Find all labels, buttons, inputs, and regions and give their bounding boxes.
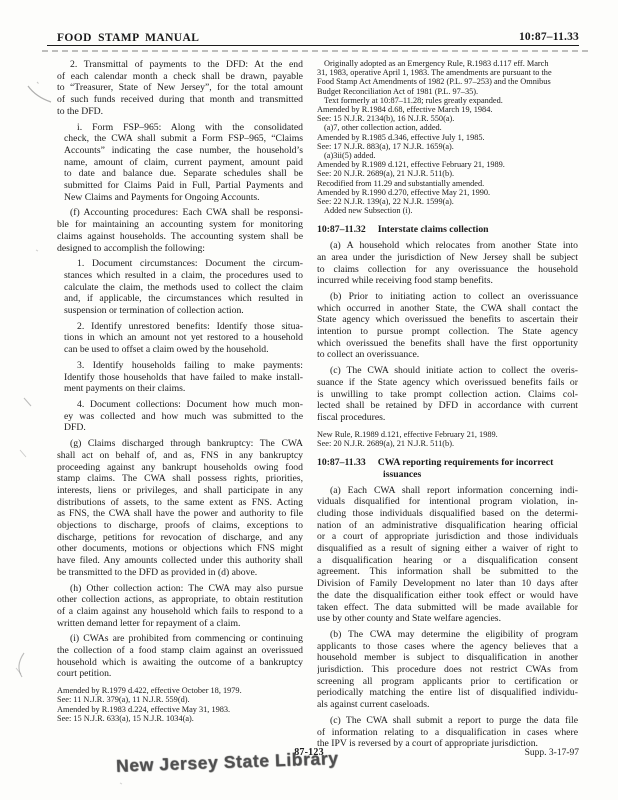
- text-line: (b) The CWA may determine the eligibilit…: [317, 629, 578, 641]
- text-line: 2. Transmittal of payments to the DFD: A…: [57, 59, 303, 71]
- text-line: (h) Other collection action: The CWA may…: [57, 583, 303, 595]
- text-line: which occurred in another State, the CWA…: [317, 303, 578, 315]
- paragraph: (c) The CWA should initiate action to co…: [317, 365, 578, 424]
- text-line: (g) Claims discharged through bankruptcy…: [57, 438, 303, 450]
- document-page: FOOD STAMP MANUAL 10:87–11.33 2. Transmi…: [0, 0, 618, 800]
- text-line: DFD.: [64, 422, 303, 434]
- text-line: jurisdiction. This procedure does not re…: [317, 664, 578, 676]
- text-line: an area under the jurisdiction of New Je…: [317, 252, 578, 264]
- paragraph: 1. Document circumstances: Document the …: [57, 258, 303, 317]
- text-line: Amended by R.1990 d.270, effective May 2…: [317, 188, 578, 197]
- text-line: is unwilling to take prompt collection a…: [317, 389, 578, 401]
- section-title-continued: issuances: [317, 469, 578, 481]
- section-title: CWA reporting requirements for incorrect: [378, 457, 554, 468]
- paragraph: (i) CWAs are prohibited from commencing …: [57, 633, 303, 680]
- paragraph: 2. Identify unrestored benefits: Identif…: [57, 321, 303, 356]
- paragraph: (b) The CWA may determine the eligibilit…: [317, 629, 578, 711]
- text-line: lected shall be retained by DFD in accor…: [317, 400, 578, 412]
- text-line: Amended by R.1984 d.68, effective March …: [317, 105, 578, 114]
- text-line: tions in which an amount not yet restore…: [64, 332, 303, 344]
- text-line: 2. Identify unrestored benefits: Identif…: [64, 321, 303, 333]
- text-line: Text formerly at 10:87–11.28; rules grea…: [317, 96, 578, 105]
- section-title: Interstate claims collection: [378, 224, 489, 235]
- text-line: the date the disqualification either too…: [317, 590, 578, 602]
- text-line: submitted for Claims Paid in Full, Parti…: [64, 180, 303, 192]
- text-line: i. Form FSP–965: Along with the consolid…: [64, 122, 303, 134]
- text-line: (a)3ii(5) added.: [317, 151, 578, 160]
- text-line: nation of an administrative disqualifica…: [317, 520, 578, 532]
- text-line: Originally adopted as an Emergency Rule,…: [317, 59, 578, 68]
- text-line: proceeding against any bankrupt househol…: [57, 462, 303, 474]
- text-line: other collection actions, as appropriate…: [57, 594, 303, 606]
- text-line: interests, liens or privileges, and shal…: [57, 485, 303, 497]
- text-line: household member is subject to disqualif…: [317, 652, 578, 664]
- text-line: applicants to those cases where the agen…: [317, 641, 578, 653]
- text-line: See: 22 N.J.R. 139(a), 22 N.J.R. 1599(a)…: [317, 197, 578, 206]
- text-line: to claims collection for any overissuanc…: [317, 264, 578, 276]
- text-line: of such funds received during that month…: [57, 94, 303, 106]
- text-line: (f) Accounting procedures: Each CWA shal…: [57, 207, 303, 219]
- text-line: Accounts” indicating the case number, th…: [64, 145, 303, 157]
- text-line: screening all program applicants prior t…: [317, 676, 578, 688]
- text-line: the collection of a food stamp claim aga…: [57, 645, 303, 657]
- text-line: court petition.: [57, 668, 303, 680]
- text-line: disqualified as a result of signing eith…: [317, 543, 578, 555]
- text-line: See: 20 N.J.R. 2689(a), 21 N.J.R. 511(b)…: [317, 169, 578, 178]
- history-note: New Rule, R.1989 d.121, effective Februa…: [317, 430, 578, 448]
- text-line: 31, 1983, operative April 1, 1983. The a…: [317, 68, 578, 77]
- section-number: 10:87–11.33: [317, 457, 366, 468]
- text-line: Amended by R.1989 d.121, effective Febru…: [317, 160, 578, 169]
- header-section-number: 10:87–11.33: [519, 31, 579, 43]
- text-line: See: 11 N.J.R. 379(a), 11 N.J.R. 559(d).: [57, 695, 303, 704]
- paragraph: 3. Identify households failing to make p…: [57, 360, 303, 395]
- section-heading: 10:87–11.32Interstate claims collection: [317, 224, 578, 236]
- header-scan-dashline: [42, 50, 588, 52]
- text-line: be transmitted to the DFD as provided in…: [57, 567, 303, 579]
- text-line: intention to pursue prompt collection. T…: [317, 326, 578, 338]
- text-line: to “Treasurer, State of New Jersey”, for…: [57, 82, 303, 94]
- text-line: periodically matching the entire list of…: [317, 687, 578, 699]
- text-line: (c) The CWA shall submit a report to pur…: [317, 715, 578, 727]
- text-line: objections to discharge, proofs of claim…: [57, 520, 303, 532]
- text-line: written demand letter for repayment of a…: [57, 618, 303, 630]
- history-note: Amended by R.1979 d.422, effective Octob…: [57, 686, 303, 723]
- text-line: and, if applicable, the circumstances wh…: [64, 293, 303, 305]
- text-line: have filed. Any amounts collected under …: [57, 555, 303, 567]
- text-line: See: 20 N.J.R. 2689(a), 21 N.J.R. 511(b)…: [317, 439, 578, 448]
- text-line: (c) The CWA should initiate action to co…: [317, 365, 578, 377]
- section-number: 10:87–11.32: [317, 224, 366, 235]
- text-line: Recodified from 11.29 and substantially …: [317, 179, 578, 188]
- paragraph: i. Form FSP–965: Along with the consolid…: [57, 122, 303, 204]
- text-line: cluding those individuals disqualified b…: [317, 508, 578, 520]
- text-line: of each calendar month a check shall be …: [57, 71, 303, 83]
- paragraph: (a) A household which relocates from ano…: [317, 240, 578, 287]
- text-line: stamp claims. The CWA shall possess righ…: [57, 473, 303, 485]
- text-line: New Claims and Payments for Ongoing Acco…: [64, 192, 303, 204]
- text-line: New Rule, R.1989 d.121, effective Februa…: [317, 430, 578, 439]
- paragraph: 4. Document collections: Document how mu…: [57, 399, 303, 434]
- text-line: use by other county and State welfare ag…: [317, 613, 578, 625]
- text-line: Amended by R.1983 d.224, effective May 3…: [57, 705, 303, 714]
- text-line: can be used to offset a claim owed by th…: [64, 344, 303, 356]
- paragraph: (f) Accounting procedures: Each CWA shal…: [57, 207, 303, 254]
- text-line: to date and balance due. Separate schedu…: [64, 168, 303, 180]
- text-line: suspension or termination of collection …: [64, 305, 303, 317]
- text-line: calculate the claim, the methods used to…: [64, 282, 303, 294]
- text-line: shall act on behalf of, and as, FNS in a…: [57, 450, 303, 462]
- text-line: ment payments on their claims.: [64, 383, 303, 395]
- supplement-date: Supp. 3-17-97: [525, 748, 579, 758]
- text-line: household which is awaiting the outcome …: [57, 657, 303, 669]
- paragraph: 2. Transmittal of payments to the DFD: A…: [57, 59, 303, 118]
- text-line: (b) Prior to initiating action to collec…: [317, 291, 578, 303]
- text-line: agreement. This information shall be sub…: [317, 566, 578, 578]
- text-line: which overissued the benefits shall have…: [317, 338, 578, 350]
- text-line: distributions of assets, to the same ext…: [57, 497, 303, 509]
- paragraph: (b) Prior to initiating action to collec…: [317, 291, 578, 361]
- paragraph: (h) Other collection action: The CWA may…: [57, 583, 303, 630]
- text-line: name, amount of claim, current payment, …: [64, 157, 303, 169]
- column-left: 2. Transmittal of payments to the DFD: A…: [57, 59, 303, 723]
- text-line: of information relating to a disqualific…: [317, 727, 578, 739]
- text-line: ey was collected and how much was submit…: [64, 411, 303, 423]
- text-line: (a)7, other collection action, added.: [317, 123, 578, 132]
- text-line: (a) A household which relocates from ano…: [317, 240, 578, 252]
- text-line: 4. Document collections: Document how mu…: [64, 399, 303, 411]
- section-heading: 10:87–11.33CWA reporting requirements fo…: [317, 457, 578, 480]
- text-line: as FNS, the CWA shall have the power and…: [57, 508, 303, 520]
- manual-title: FOOD STAMP MANUAL: [57, 32, 199, 44]
- text-line: discharge, petitions for revocation of d…: [57, 532, 303, 544]
- text-line: stances which resulted in a claim, the p…: [64, 270, 303, 282]
- text-line: (i) CWAs are prohibited from commencing …: [57, 633, 303, 645]
- text-line: See: 15 N.J.R. 633(a), 15 N.J.R. 1034(a)…: [57, 714, 303, 723]
- text-line: See: 17 N.J.R. 883(a), 17 N.J.R. 1659(a)…: [317, 142, 578, 151]
- text-line: 1. Document circumstances: Document the …: [64, 258, 303, 270]
- text-line: to the DFD.: [57, 106, 303, 118]
- text-line: check, the CWA shall submit a Form FSP–9…: [64, 133, 303, 145]
- text-line: suance if the State agency which overiss…: [317, 377, 578, 389]
- text-line: taken effect. The data submitted will be…: [317, 602, 578, 614]
- text-line: incurred while receiving food stamp bene…: [317, 275, 578, 287]
- history-note: Originally adopted as an Emergency Rule,…: [317, 59, 578, 215]
- paragraph: (a) Each CWA shall report information co…: [317, 485, 578, 625]
- text-line: claims against households. The accountin…: [57, 231, 303, 243]
- text-line: other documents, motions or objections w…: [57, 543, 303, 555]
- text-line: (a) Each CWA shall report information co…: [317, 485, 578, 497]
- header-rule: [47, 45, 579, 46]
- section-heading-line: 10:87–11.33CWA reporting requirements fo…: [317, 457, 578, 469]
- text-line: viduals disqualified for intentional pro…: [317, 496, 578, 508]
- text-line: Food Stamp Act Amendments of 1982 (P.L. …: [317, 77, 578, 86]
- section-heading-line: 10:87–11.32Interstate claims collection: [317, 224, 578, 236]
- text-line: ble for maintaining an accounting system…: [57, 219, 303, 231]
- text-line: of a claim against any household which f…: [57, 606, 303, 618]
- text-line: Added new Subsection (i).: [317, 206, 578, 215]
- paragraph: (g) Claims discharged through bankruptcy…: [57, 438, 303, 578]
- text-line: a disqualification hearing or a disquali…: [317, 555, 578, 567]
- column-right: Originally adopted as an Emergency Rule,…: [317, 59, 578, 750]
- text-line: fiscal procedures.: [317, 412, 578, 424]
- text-line: als against current caseloads.: [317, 699, 578, 711]
- text-line: Identify those households that have fail…: [64, 372, 303, 384]
- text-line: 3. Identify households failing to make p…: [64, 360, 303, 372]
- paragraph: (c) The CWA shall submit a report to pur…: [317, 715, 578, 750]
- text-line: Amended by R.1985 d.346, effective July …: [317, 133, 578, 142]
- text-line: Budget Reconciliation Act of 1981 (P.L. …: [317, 87, 578, 96]
- text-line: See: 15 N.J.R. 2134(b), 16 N.J.R. 550(a)…: [317, 114, 578, 123]
- text-line: to collect an overissuance.: [317, 349, 578, 361]
- text-line: State agency which overissued the benefi…: [317, 314, 578, 326]
- text-line: or a court of appropriate jurisdiction a…: [317, 531, 578, 543]
- text-line: designed to accomplish the following:: [57, 243, 303, 255]
- text-line: Amended by R.1979 d.422, effective Octob…: [57, 686, 303, 695]
- text-line: Division of Family Development no later …: [317, 578, 578, 590]
